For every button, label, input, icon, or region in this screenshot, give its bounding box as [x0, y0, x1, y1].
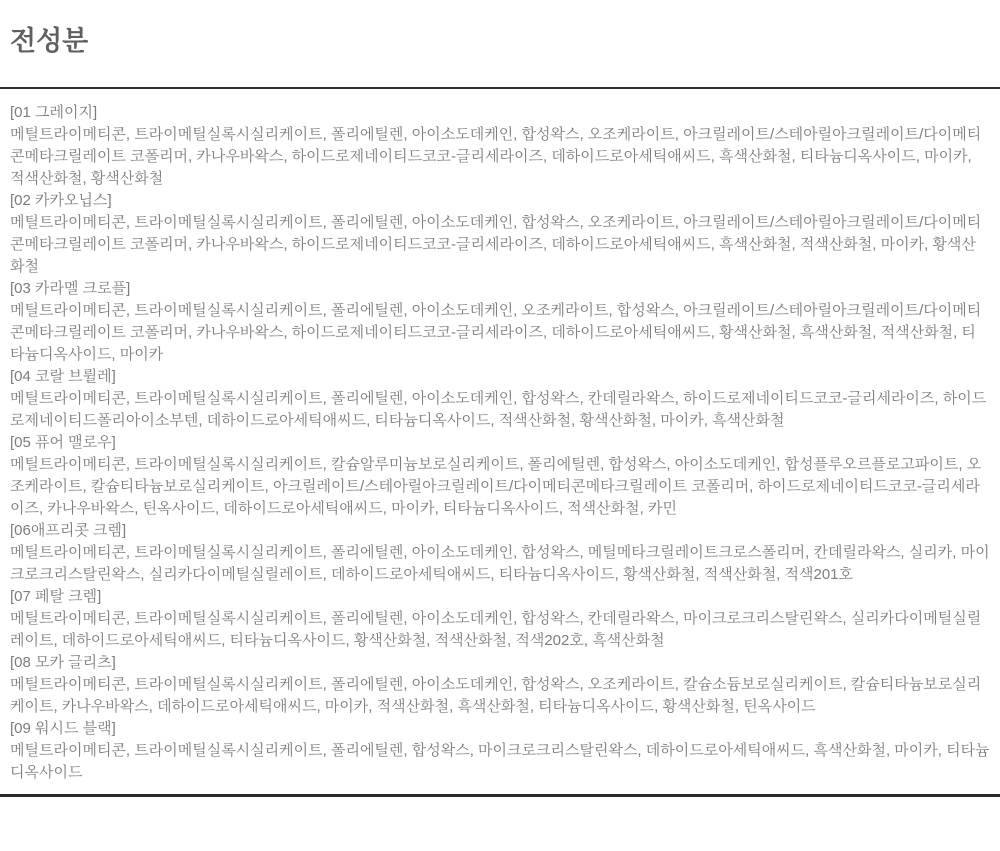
ingredient-section-03: [03 카라멜 크로플] 메틸트라이메티콘, 트라이메틸실록시실리케이트, 폴리… [10, 278, 990, 366]
bottom-divider [0, 794, 1000, 797]
ingredient-section-07: [07 페탈 크렘] 메틸트라이메티콘, 트라이메틸실록시실리케이트, 폴리에틸… [10, 586, 990, 652]
shade-label: [06애프리콧 크렘] [10, 520, 990, 542]
ingredient-section-04: [04 코랄 브륄레] 메틸트라이메티콘, 트라이메틸실록시실리케이트, 폴리에… [10, 366, 990, 432]
ingredient-list: 메틸트라이메티콘, 트라이메틸실록시실리케이트, 폴리에틸렌, 아이소도데케인,… [10, 542, 990, 586]
shade-label: [03 카라멜 크로플] [10, 278, 990, 300]
ingredient-section-06: [06애프리콧 크렘] 메틸트라이메티콘, 트라이메틸실록시실리케이트, 폴리에… [10, 520, 990, 586]
ingredients-content: [01 그레이지] 메틸트라이메티콘, 트라이메틸실록시실리케이트, 폴리에틸렌… [0, 89, 1000, 784]
ingredient-list: 메틸트라이메티콘, 트라이메틸실록시실리케이트, 폴리에틸렌, 아이소도데케인,… [10, 608, 990, 652]
ingredient-section-01: [01 그레이지] 메틸트라이메티콘, 트라이메틸실록시실리케이트, 폴리에틸렌… [10, 102, 990, 190]
shade-label: [07 페탈 크렘] [10, 586, 990, 608]
ingredient-list: 메틸트라이메티콘, 트라이메틸실록시실리케이트, 폴리에틸렌, 아이소도데케인,… [10, 300, 990, 366]
ingredient-section-08: [08 모카 글리츠] 메틸트라이메티콘, 트라이메틸실록시실리케이트, 폴리에… [10, 652, 990, 718]
ingredient-list: 메틸트라이메티콘, 트라이메틸실록시실리케이트, 칼슘알루미늄보로실리케이트, … [10, 454, 990, 520]
shade-label: [04 코랄 브륄레] [10, 366, 990, 388]
ingredient-section-02: [02 카카오닙스] 메틸트라이메티콘, 트라이메틸실록시실리케이트, 폴리에틸… [10, 190, 990, 278]
ingredient-list: 메틸트라이메티콘, 트라이메틸실록시실리케이트, 폴리에틸렌, 아이소도데케인,… [10, 212, 990, 278]
ingredients-page: 전성분 [01 그레이지] 메틸트라이메티콘, 트라이메틸실록시실리케이트, 폴… [0, 0, 1000, 851]
shade-label: [02 카카오닙스] [10, 190, 990, 212]
page-title: 전성분 [0, 0, 1000, 56]
ingredient-list: 메틸트라이메티콘, 트라이메틸실록시실리케이트, 폴리에틸렌, 아이소도데케인,… [10, 674, 990, 718]
shade-label: [05 퓨어 맬로우] [10, 432, 990, 454]
shade-label: [01 그레이지] [10, 102, 990, 124]
ingredient-list: 메틸트라이메티콘, 트라이메틸실록시실리케이트, 폴리에틸렌, 합성왁스, 마이… [10, 740, 990, 784]
shade-label: [08 모카 글리츠] [10, 652, 990, 674]
ingredient-list: 메틸트라이메티콘, 트라이메틸실록시실리케이트, 폴리에틸렌, 아이소도데케인,… [10, 388, 990, 432]
ingredient-section-05: [05 퓨어 맬로우] 메틸트라이메티콘, 트라이메틸실록시실리케이트, 칼슘알… [10, 432, 990, 520]
ingredient-list: 메틸트라이메티콘, 트라이메틸실록시실리케이트, 폴리에틸렌, 아이소도데케인,… [10, 124, 990, 190]
shade-label: [09 워시드 블랙] [10, 718, 990, 740]
ingredient-section-09: [09 워시드 블랙] 메틸트라이메티콘, 트라이메틸실록시실리케이트, 폴리에… [10, 718, 990, 784]
